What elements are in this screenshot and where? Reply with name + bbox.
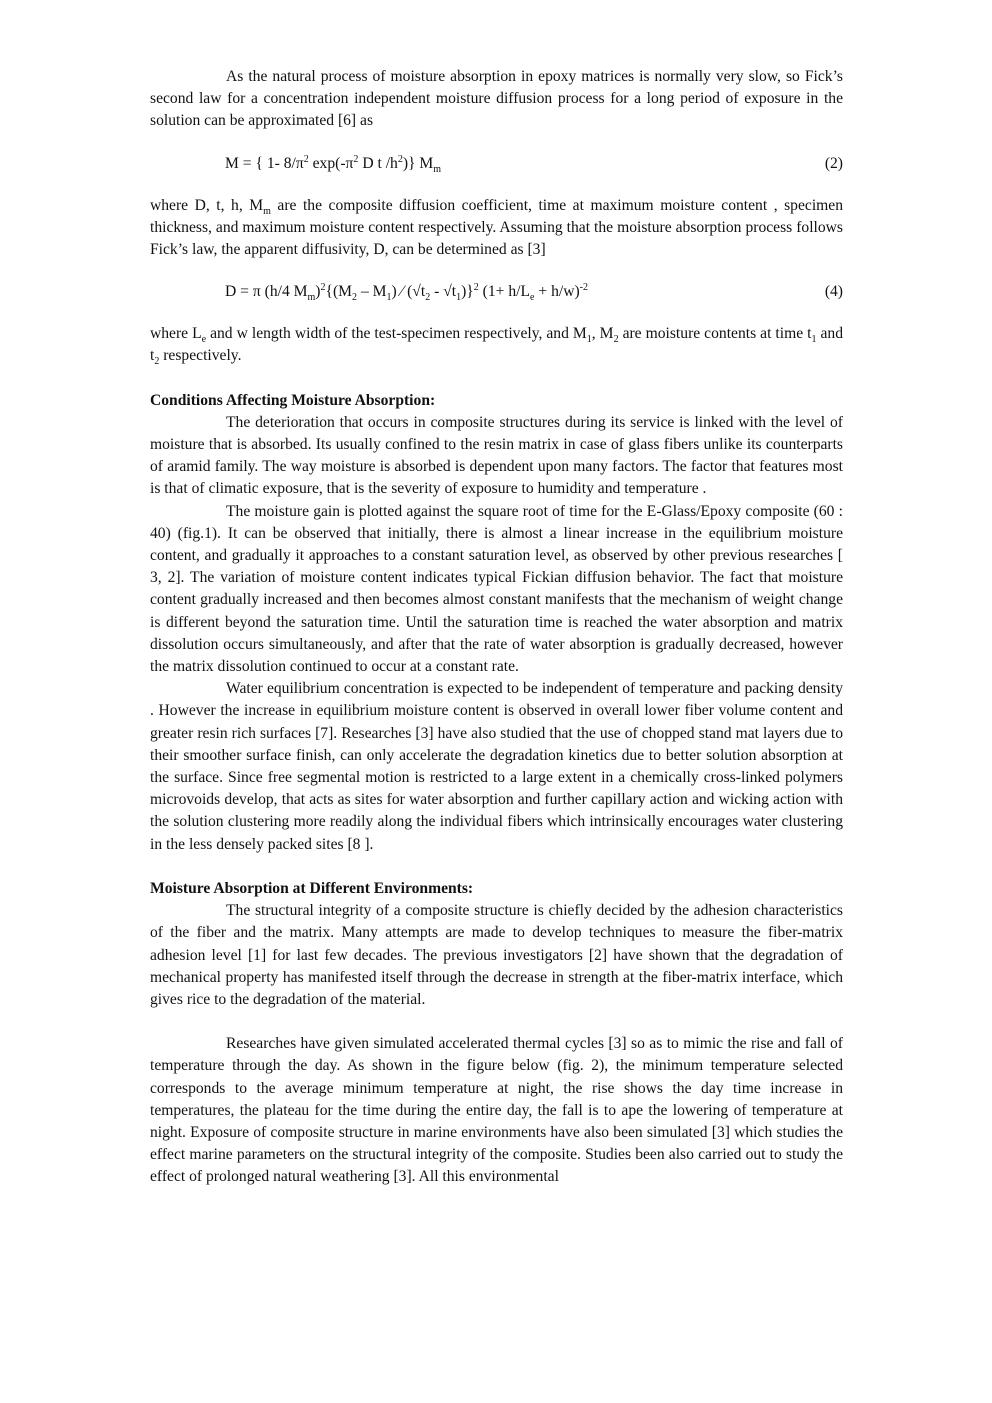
- paragraph-specimen: where Le and w length width of the test-…: [150, 323, 843, 367]
- section-heading-conditions: Conditions Affecting Moisture Absorption…: [150, 390, 843, 412]
- paragraph-moisture-gain: The moisture gain is plotted against the…: [150, 501, 843, 679]
- equation-2: M = { 1- 8/π2 exp(-π2 D t /h2)} Mm (2): [150, 153, 843, 175]
- paragraph-deterioration: The deterioration that occurs in composi…: [150, 412, 843, 501]
- paragraph-structural-integrity: The structural integrity of a composite …: [150, 900, 843, 1011]
- equation-4-number: (4): [825, 281, 843, 303]
- section-heading-environments: Moisture Absorption at Different Environ…: [150, 878, 843, 900]
- paragraph-variables: where D, t, h, Mm are the composite diff…: [150, 195, 843, 262]
- equation-4: D = π (h/4 Mm)2{(M2 – M1) ⁄ (√t2 - √t1)}…: [150, 281, 843, 303]
- equation-4-formula: D = π (h/4 Mm)2{(M2 – M1) ⁄ (√t2 - √t1)}…: [225, 281, 588, 303]
- equation-2-formula: M = { 1- 8/π2 exp(-π2 D t /h2)} Mm: [225, 153, 441, 175]
- equation-2-number: (2): [825, 153, 843, 175]
- paragraph-gap: [150, 1011, 843, 1033]
- paragraph-water-equilibrium: Water equilibrium concentration is expec…: [150, 678, 843, 856]
- paragraph-thermal-cycles: Researches have given simulated accelera…: [150, 1033, 843, 1188]
- document-page: As the natural process of moisture absor…: [150, 66, 843, 1189]
- paragraph-intro: As the natural process of moisture absor…: [150, 66, 843, 133]
